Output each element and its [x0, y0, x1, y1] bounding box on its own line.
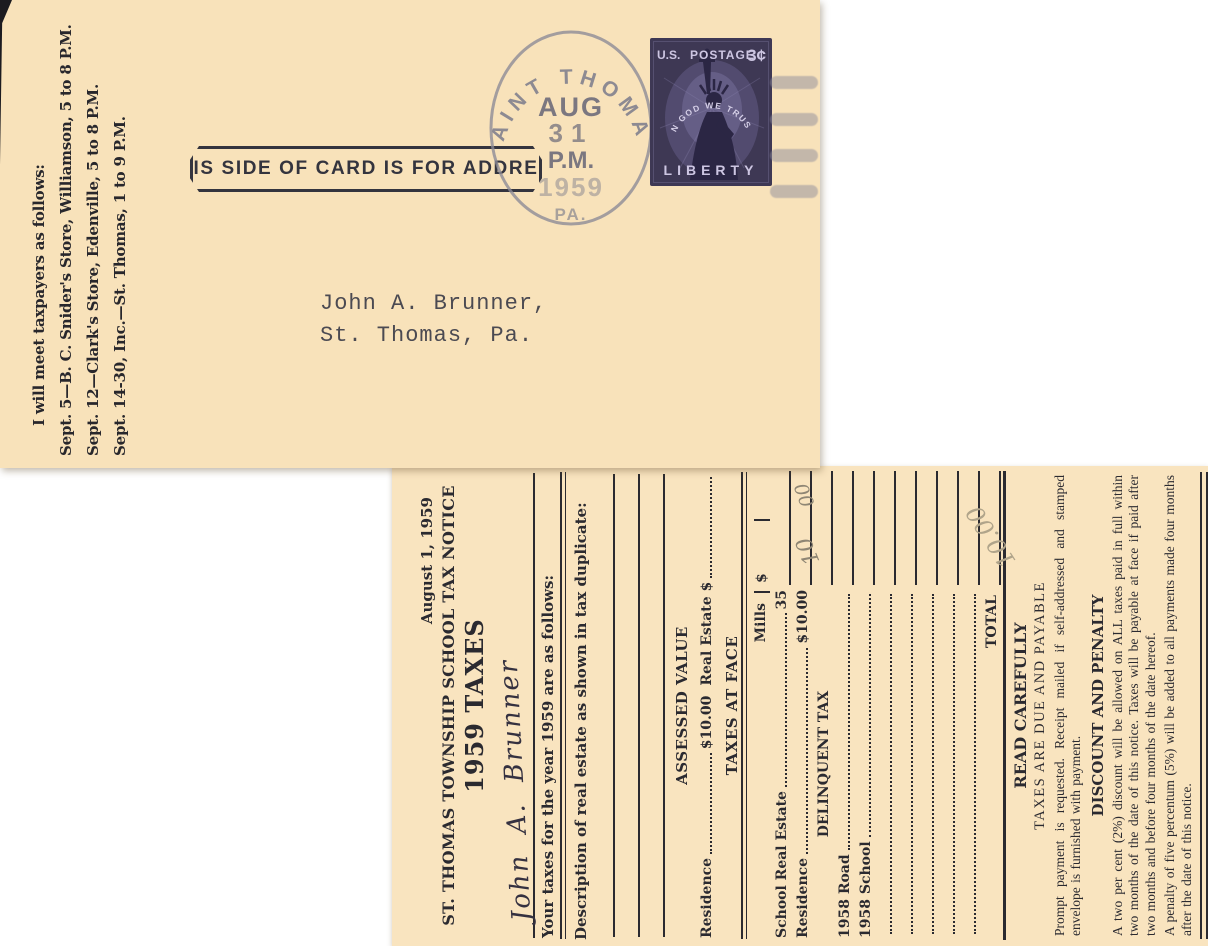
table-row-1958-school: 1958 School: [854, 471, 875, 940]
description-blank-line: [615, 474, 640, 937]
empty-table-row: [938, 471, 959, 940]
discount-paragraph: A two per cent (2%) discount will be all…: [1110, 475, 1159, 936]
mills-header: Mills: [753, 593, 770, 940]
table-header-row: Mills $: [750, 471, 770, 940]
table-row-school-real-estate: School Real Estate 35: [770, 471, 791, 940]
divider-rule: [560, 472, 566, 939]
dotted-leader: [974, 594, 976, 934]
postmark-year: 1959: [538, 172, 604, 202]
amount-cell: [957, 471, 959, 585]
postmark-day: 31: [549, 118, 594, 148]
taxpayer-meeting-schedule: I will meet taxpayers as follows: Sept. …: [24, 10, 144, 456]
taxes-at-face-heading: TAXES AT FACE: [723, 471, 741, 940]
divider-rule: [741, 472, 747, 939]
dotted-leader: [932, 594, 934, 934]
read-carefully-heading: READ CAREFULLY: [1011, 471, 1030, 940]
dotted-leader: [710, 753, 712, 854]
total-row: TOTAL 10.00: [980, 471, 1001, 940]
total-amount-cell: 10.00: [999, 471, 1001, 585]
recipient-name: John A. Brunner,: [320, 288, 547, 320]
liberty-stamp: IN GOD WE TRUST U.S. POSTAGE 3¢ LIBERTY: [650, 38, 772, 186]
stamp-us-label: U.S.: [657, 48, 680, 62]
residence-value: $10.00: [699, 696, 715, 750]
schedule-line-3: Sept. 14-30, Inc.—St. Thomas, 1 to 9 P.M…: [107, 10, 134, 456]
assessed-value-line: Residence $10.00 Real Estate $: [699, 471, 715, 940]
scanned-postcards: I will meet taxpayers as follows: Sept. …: [0, 0, 1208, 946]
postcard-address-side: I will meet taxpayers as follows: Sept. …: [0, 0, 820, 468]
empty-table-row: [875, 471, 896, 940]
notice-date: August 1, 1959: [418, 471, 436, 940]
amount-cell: [894, 471, 896, 585]
amount-cell: [873, 471, 875, 585]
signature-line: John A. Brunner: [489, 473, 535, 938]
row-mills: $10.00: [795, 590, 811, 644]
stamp-liberty-label: LIBERTY: [664, 162, 759, 178]
description-blank-line: [590, 474, 615, 937]
row-label: School Real Estate: [774, 791, 790, 938]
schedule-line-2: Sept. 12—Clark's Store, Edenville, 5 to …: [80, 10, 107, 456]
dotted-leader: [911, 594, 913, 934]
notice-subtitle: 1959 TAXES: [460, 471, 489, 940]
dollar-header: $: [754, 471, 770, 593]
penalty-paragraph: A penalty of five percentum (5%) will be…: [1162, 475, 1195, 936]
postcard-tax-notice-side: August 1, 1959 ST. THOMAS TOWNSHIP SCHOO…: [392, 466, 1208, 946]
tax-table: Mills $ School Real Estate 35 Residence: [750, 471, 1001, 940]
amount-cell: [936, 471, 938, 585]
postmark-stamp-cancel: SAINT THOMAS AUG 31 P.M. 1959 PA.: [474, 24, 672, 236]
dotted-leader: [785, 613, 787, 787]
stamp-denomination: 3¢: [747, 46, 766, 65]
dotted-leader: [890, 594, 892, 934]
dotted-leader: [869, 594, 871, 837]
delinquent-tax-heading: DELINQUENT TAX: [816, 585, 833, 940]
cancel-bar: [770, 113, 818, 126]
dotted-leader: [710, 477, 712, 578]
cancel-bar: [770, 149, 818, 162]
empty-table-row: [896, 471, 917, 940]
postmark-state: PA.: [554, 205, 587, 224]
table-row-residence: Residence $10.00 10 00: [791, 471, 812, 940]
postmark-meridiem: P.M.: [548, 147, 594, 174]
row-mills: 35: [774, 590, 790, 609]
stamp-postage-label: POSTAGE: [690, 48, 755, 62]
row-label: 1958 Road: [837, 854, 853, 938]
table-row-1958-road: 1958 Road: [833, 471, 854, 940]
prompt-payment-paragraph: Prompt payment is requested. Receipt mai…: [1052, 475, 1085, 936]
recipient-city: St. Thomas, Pa.: [320, 320, 547, 352]
schedule-intro-line: I will meet taxpayers as follows:: [26, 10, 53, 456]
empty-table-row: [917, 471, 938, 940]
notice-intro: Your taxes for the year 1959 are as foll…: [535, 471, 560, 940]
dotted-leader: [848, 594, 850, 850]
residence-label: Residence: [699, 858, 715, 938]
total-label: TOTAL: [984, 585, 1001, 940]
amount-cell: [852, 471, 854, 585]
dotted-leader: [953, 594, 955, 934]
taxes-due-subheading: TAXES ARE DUE AND PAYABLE: [1032, 471, 1049, 940]
divider-rule: [1200, 472, 1208, 939]
schedule-line-1: Sept. 5—B. C. Snider's Store, Williamson…: [53, 10, 80, 456]
row-label: Residence: [795, 858, 811, 938]
taxpayer-signature: John A. Brunner: [494, 658, 539, 938]
notice-title: ST. THOMAS TOWNSHIP SCHOOL TAX NOTICE: [439, 471, 458, 940]
real-estate-label: Real Estate $: [699, 582, 715, 686]
cancel-bar: [770, 185, 818, 198]
amount-cell: [915, 471, 917, 585]
row-label: 1958 School: [858, 841, 874, 938]
amount-cell: 10 00: [810, 471, 812, 585]
description-label: Description of real estate as shown in t…: [572, 471, 590, 940]
description-blank-line: [640, 474, 665, 937]
cancel-bar: [770, 76, 818, 89]
dotted-leader: [806, 648, 808, 854]
recipient-address: John A. Brunner, St. Thomas, Pa.: [320, 288, 547, 352]
discount-penalty-heading: DISCOUNT AND PENALTY: [1089, 471, 1107, 940]
assessed-value-heading: ASSESSED VALUE: [673, 471, 691, 940]
amount-cell: [831, 471, 833, 585]
